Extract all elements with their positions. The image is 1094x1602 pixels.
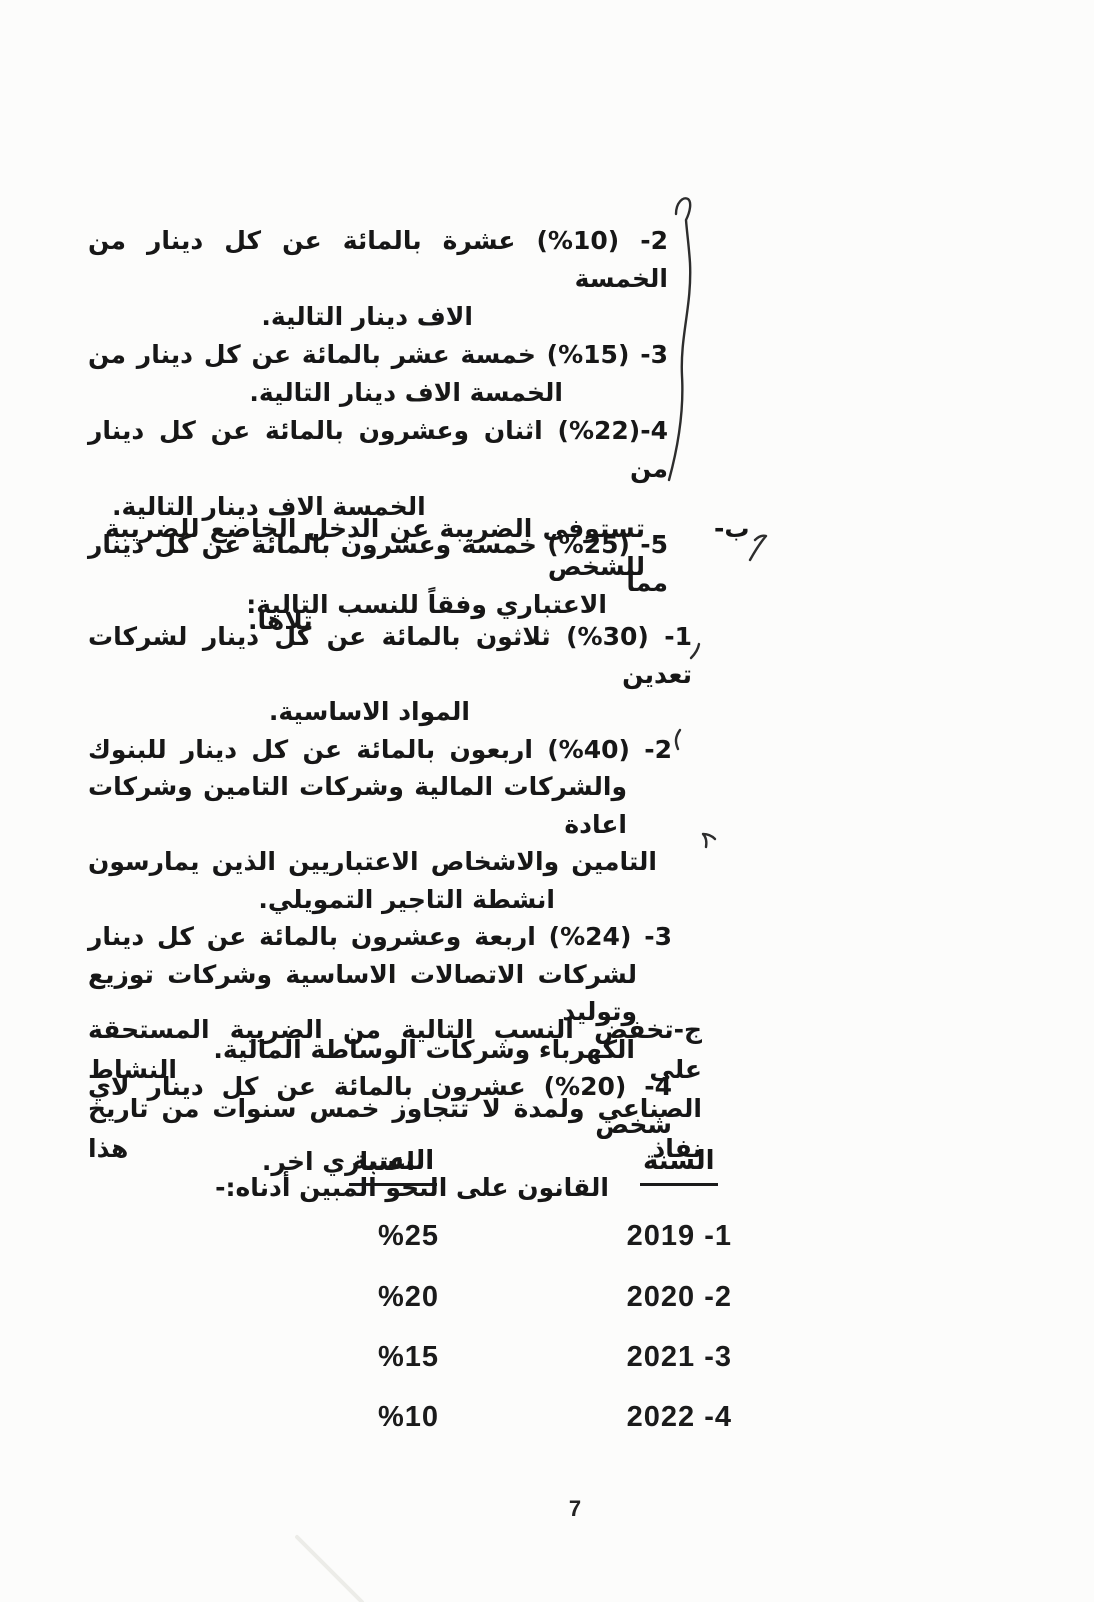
table-rate-cell: %15: [378, 1341, 458, 1374]
table-rate-cell: %10: [378, 1401, 458, 1434]
clause-line: المواد الاساسية.: [88, 693, 470, 731]
clause-line: 2- (%10) عشرة بالمائة عن كل دينار من الخ…: [88, 222, 668, 298]
pen-tick-mark-1: [676, 730, 680, 749]
table-year-cell: 2021 -3: [626, 1341, 732, 1374]
table-year-cell: 2020 -2: [626, 1281, 732, 1314]
pen-check-mark: [750, 536, 766, 560]
clause-line: انشطة التاجير التمويلي.: [88, 881, 555, 919]
clause-line: تستوفى الضريبة عن الدخل الخاضع للضريبة ل…: [105, 510, 645, 586]
clause-line: 2- (%40) اربعون بالمائة عن كل دينار للبن…: [88, 731, 672, 769]
table-year-cell: 2019 -1: [626, 1220, 732, 1253]
clause-line: 4-(%22) اثنان وعشرون بالمائة عن كل دينار…: [88, 412, 668, 488]
section-b-paragraph: تستوفى الضريبة عن الدخل الخاضع للضريبة ل…: [105, 510, 645, 624]
section-b-marker: ب-: [714, 514, 750, 544]
pen-comma-mark: [691, 644, 699, 658]
clause-line: والشركات المالية وشركات التامين وشركات ا…: [88, 768, 627, 843]
pen-bracket-mark: [669, 198, 690, 480]
table-header-rate: النسبة: [349, 1146, 437, 1186]
clause-line: ج-تخفض النسب التالية من الضريبة المستحقة…: [88, 1010, 702, 1089]
scan-crease: [297, 1537, 362, 1602]
table-rate-cell: %20: [378, 1281, 458, 1314]
page-number: 7: [560, 1496, 590, 1522]
clause-line: 1- (%30) ثلاثون بالمائة عن كل دينار لشرك…: [88, 618, 692, 693]
clause-line: التامين والاشخاص الاعتباريين الذين يمارس…: [88, 843, 657, 881]
pen-tick-mark-2: [703, 834, 715, 847]
clause-line: الاف دينار التالية.: [88, 298, 473, 336]
table-header-year: السنة: [640, 1146, 718, 1186]
table-year-cell: 2022 -4: [626, 1401, 732, 1434]
clause-line: 3- (%24) اربعة وعشرون بالمائة عن كل دينا…: [88, 918, 672, 956]
table-rate-cell: %25: [378, 1220, 458, 1253]
clause-line: 3- (%15) خمسة عشر بالمائة عن كل دينار من: [88, 336, 668, 374]
scanned-document-page: 2- (%10) عشرة بالمائة عن كل دينار من الخ…: [0, 0, 1094, 1602]
clause-line: الخمسة الاف دينار التالية.: [88, 374, 563, 412]
